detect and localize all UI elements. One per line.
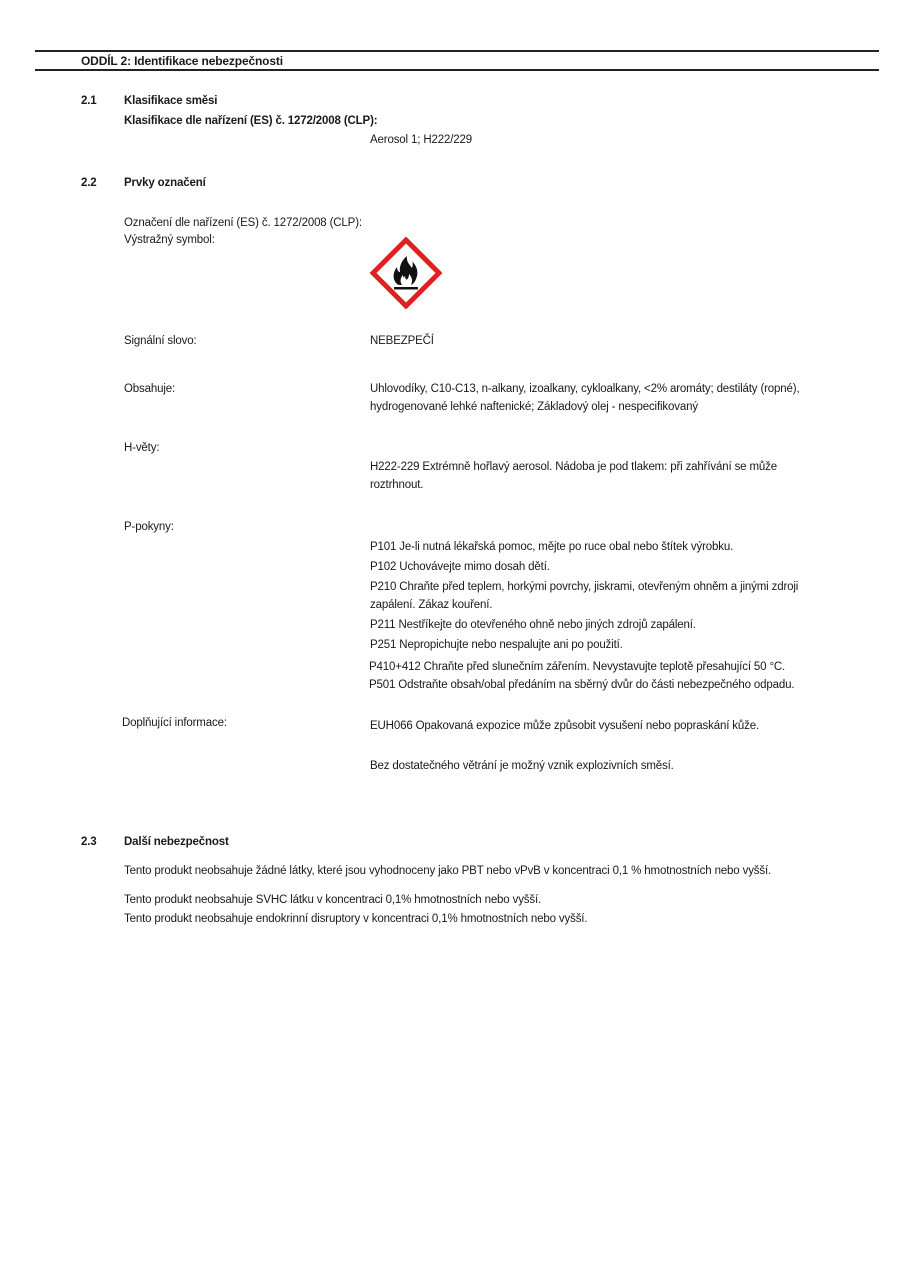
signal-word-value: NEBEZPEČÍ bbox=[370, 335, 434, 347]
section-2-1-number: 2.1 bbox=[81, 95, 97, 107]
other-hazard-line: Tento produkt neobsahuje žádné látky, kt… bbox=[124, 865, 771, 877]
p-statements-label: P-pokyny: bbox=[124, 521, 174, 533]
other-hazard-line: Tento produkt neobsahuje SVHC látku v ko… bbox=[124, 894, 541, 906]
classification-value: Aerosol 1; H222/229 bbox=[370, 134, 472, 146]
supplementary-label: Doplňující informace: bbox=[122, 717, 227, 729]
p-statement: P251 Nepropichujte nebo nespalujte ani p… bbox=[370, 639, 623, 651]
p-statement: P410+412 Chraňte před slunečním zářením.… bbox=[369, 661, 785, 673]
section-2-2-number: 2.2 bbox=[81, 177, 97, 189]
signal-word-label: Signální slovo: bbox=[124, 335, 197, 347]
p-statement: zapálení. Zákaz kouření. bbox=[370, 599, 492, 611]
p-statement: P102 Uchovávejte mimo dosah dětí. bbox=[370, 561, 550, 573]
h-statement-line-1: H222-229 Extrémně hořlavý aerosol. Nádob… bbox=[370, 461, 777, 473]
contains-line-1: Uhlovodíky, C10-C13, n-alkany, izoalkany… bbox=[370, 383, 800, 395]
p-statement: P101 Je-li nutná lékařská pomoc, mějte p… bbox=[370, 541, 733, 553]
contains-label: Obsahuje: bbox=[124, 383, 175, 395]
section-top-rule bbox=[35, 50, 879, 52]
h-statements-label: H-věty: bbox=[124, 442, 159, 454]
section-2-3-number: 2.3 bbox=[81, 836, 97, 848]
classification-subtitle: Klasifikace dle nařízení (ES) č. 1272/20… bbox=[124, 115, 377, 127]
section-2-1-title: Klasifikace směsi bbox=[124, 95, 217, 107]
labeling-intro: Označení dle nařízení (ES) č. 1272/2008 … bbox=[124, 217, 362, 229]
other-hazard-line: Tento produkt neobsahuje endokrinní disr… bbox=[124, 913, 587, 925]
p-statement: P211 Nestříkejte do otevřeného ohně nebo… bbox=[370, 619, 696, 631]
supplementary-line: EUH066 Opakovaná expozice může způsobit … bbox=[370, 720, 759, 732]
h-statement-line-2: roztrhnout. bbox=[370, 479, 423, 491]
section-title: ODDÍL 2: Identifikace nebezpečnosti bbox=[81, 54, 283, 68]
pictogram-label: Výstražný symbol: bbox=[124, 234, 215, 246]
p-statement: P210 Chraňte před teplem, horkými povrch… bbox=[370, 581, 798, 593]
section-2-2-title: Prvky označení bbox=[124, 177, 206, 189]
p-statement: P501 Odstraňte obsah/obal předáním na sb… bbox=[369, 679, 794, 691]
contains-line-2: hydrogenované lehké naftenické; Základov… bbox=[370, 401, 698, 413]
supplementary-line: Bez dostatečného větrání je možný vznik … bbox=[370, 760, 674, 772]
ghs02-flame-icon bbox=[370, 237, 442, 309]
section-bottom-rule bbox=[35, 69, 879, 71]
section-2-3-title: Další nebezpečnost bbox=[124, 836, 229, 848]
